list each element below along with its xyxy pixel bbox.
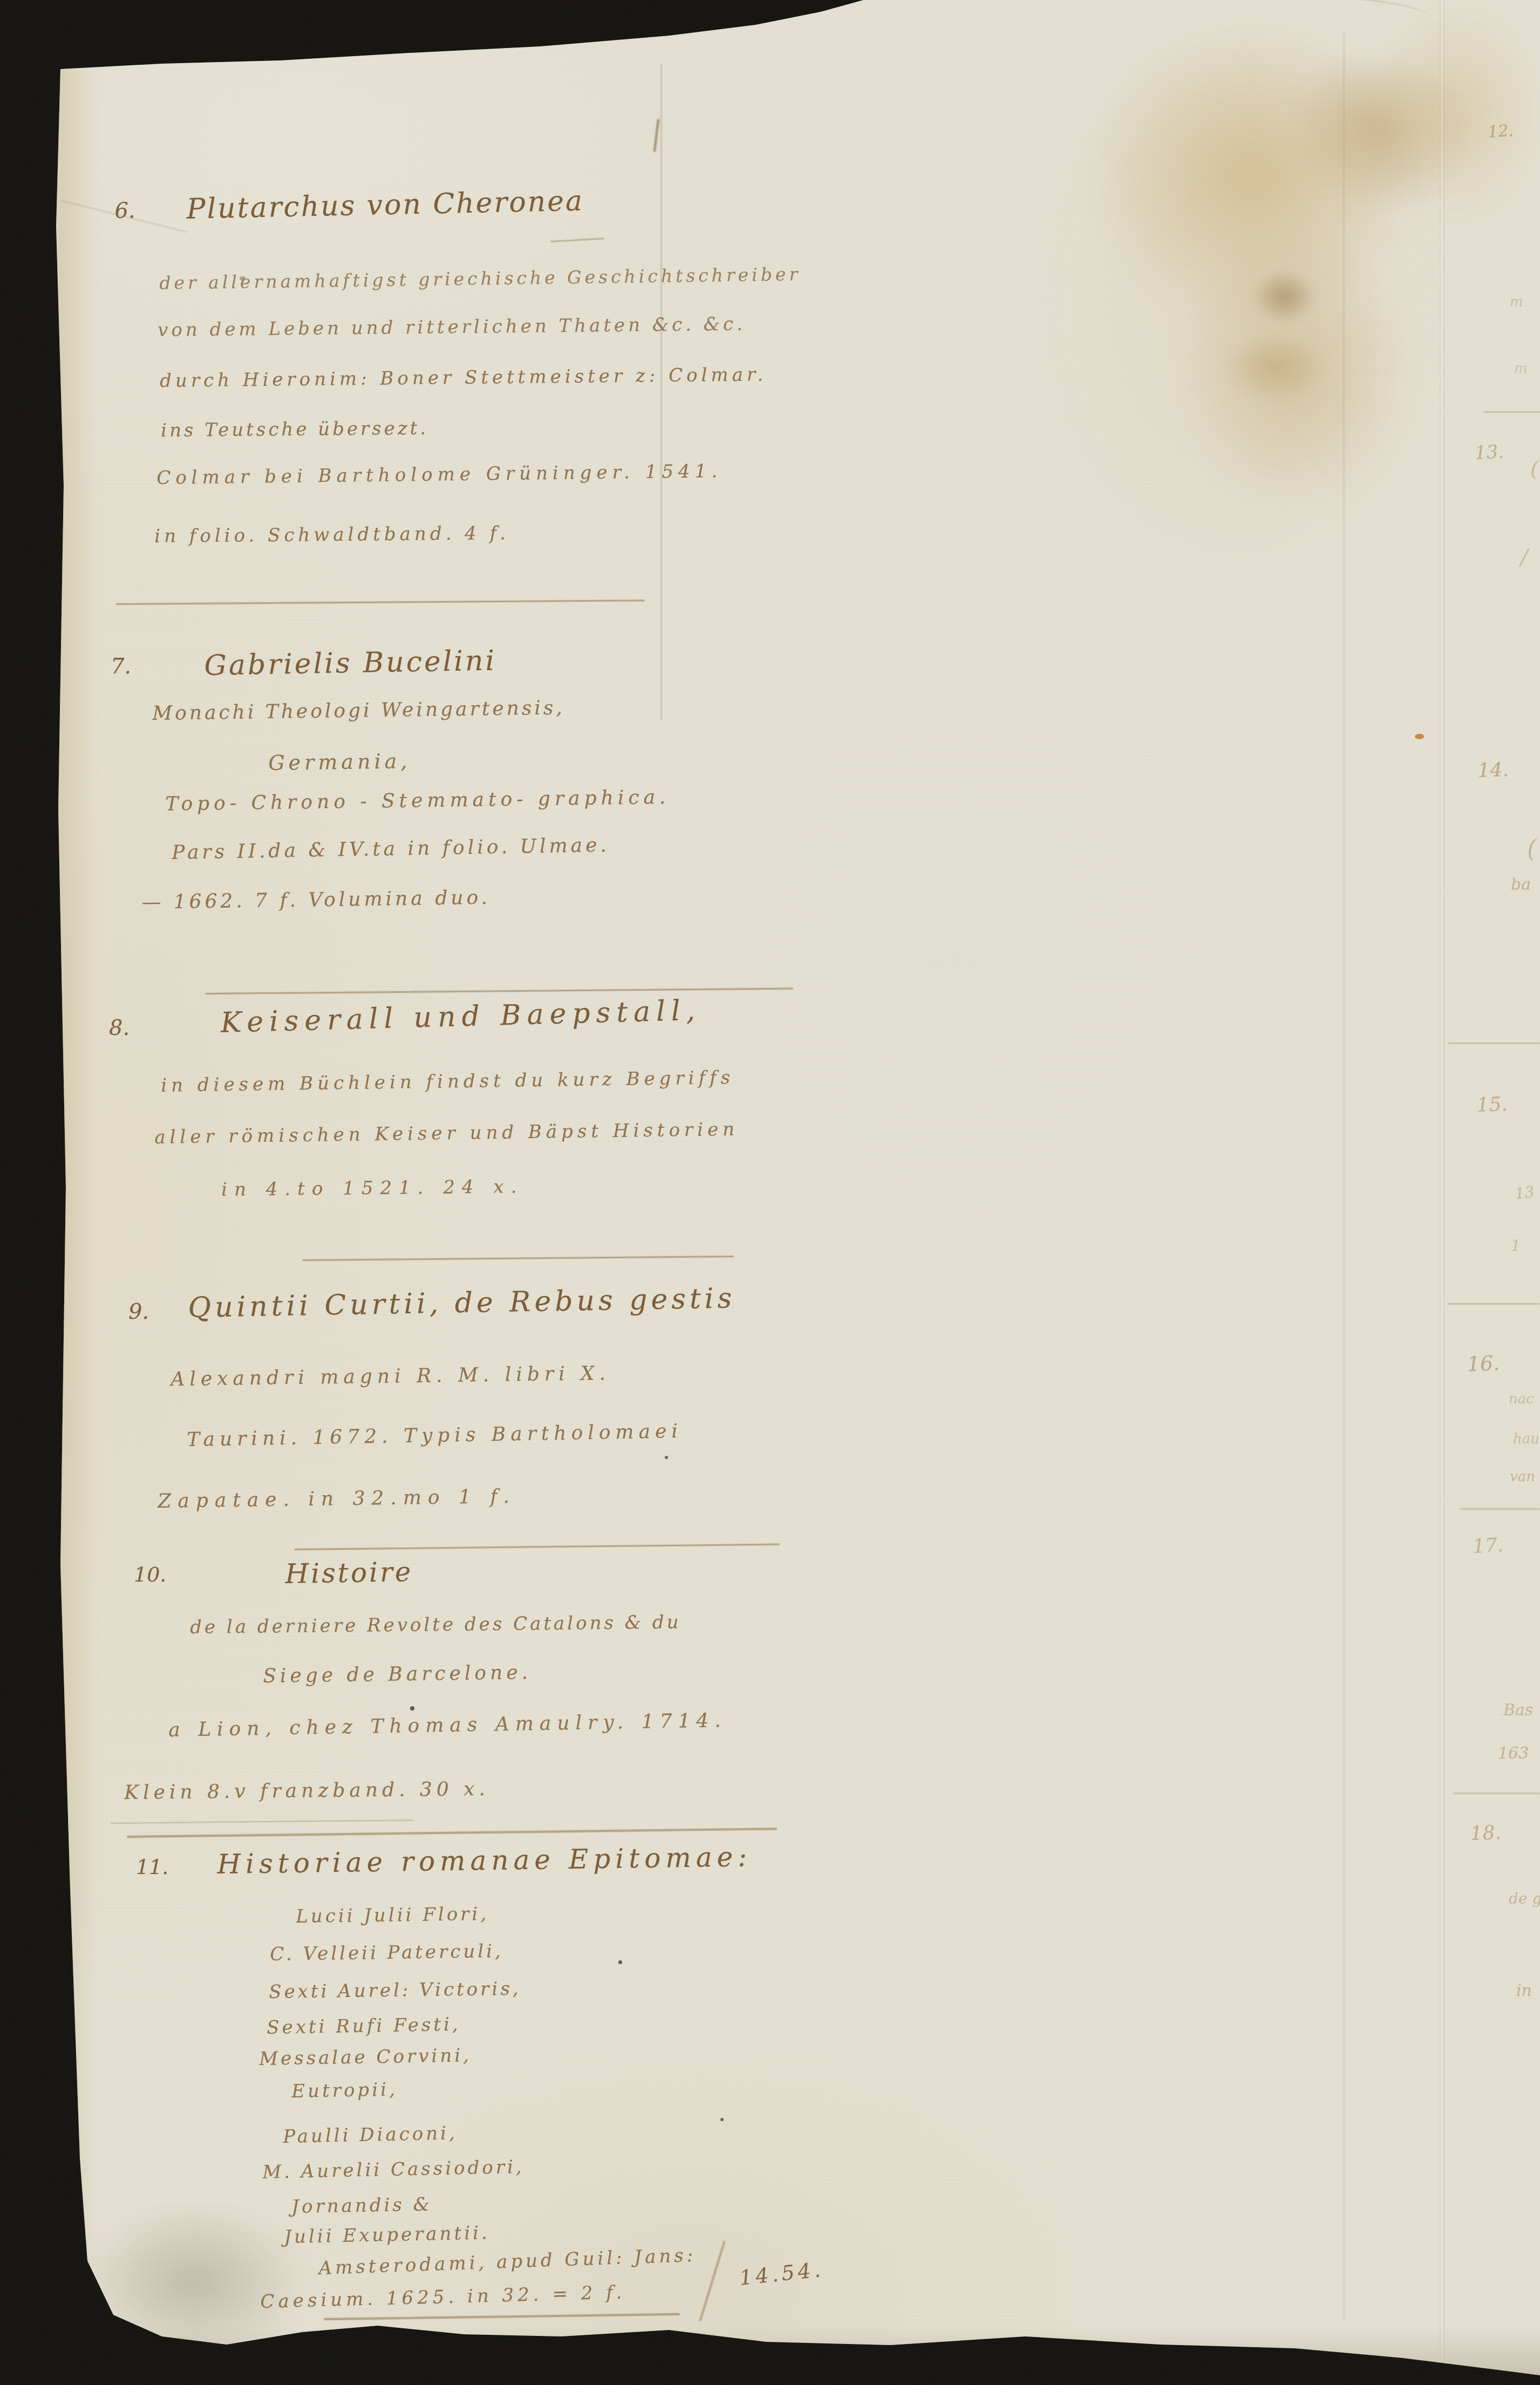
entry-separator-double [127, 1828, 777, 1838]
right-page-separator [1484, 411, 1540, 413]
right-page-fragment: m [1510, 294, 1523, 310]
entry-11-author: Messalae Corvini, [259, 2045, 472, 2070]
sum-total: 14.54. [738, 2258, 825, 2290]
right-page-entry-number: 17. [1472, 1534, 1504, 1558]
entry-10-line: Klein 8.v franzband. 30 x. [124, 1778, 489, 1804]
entry-separator [294, 1544, 780, 1550]
stain-spot [1252, 270, 1317, 324]
entry-11-author: Sexti Aurel: Victoris, [269, 1978, 521, 2003]
entry-7-line: Pars II.da & IV.ta in folio. Ulmae. [172, 834, 610, 864]
ink-speck [720, 2118, 724, 2121]
entry-8-number: 8. [109, 1016, 130, 1040]
right-page-fragment: hau [1513, 1431, 1539, 1447]
manuscript-page: 6. Plutarchus von Cheronea der allernamh… [0, 0, 1540, 2385]
entry-10-title: Histoire [285, 1556, 413, 1590]
right-page-fragment: 1 [1511, 1237, 1521, 1255]
right-page-entry-number: 16. [1467, 1351, 1500, 1376]
scan-background: 6. Plutarchus von Cheronea der allernamh… [0, 0, 1540, 2385]
right-page-fragment: ( [1527, 835, 1536, 863]
right-page-entry-number: 14. [1477, 759, 1509, 782]
right-page-fragment: ba [1511, 875, 1531, 894]
entry-7-line: — 1662. 7 f. Volumina duo. [141, 887, 490, 914]
right-page-fragment: 13 [1514, 1183, 1535, 1203]
entry-11-author: M. Aurelii Cassiodori, [262, 2156, 524, 2183]
stain-spot [1225, 335, 1322, 399]
corner-crumple-shading [81, 2202, 308, 2363]
entry-6-title: Plutarchus von Cheronea [186, 185, 584, 226]
entry-6-line: in folio. Schwaldtband. 4 f. [154, 522, 509, 547]
right-page-entry-number: 18. [1470, 1822, 1502, 1845]
entry-6-line: ins Teutsche übersezt. [161, 418, 428, 441]
entry-6-line: Colmar bei Bartholome Grüninger. 1541. [156, 460, 722, 489]
entry-7-title: Gabrielis Bucelini [204, 645, 497, 682]
entry-7-line: Germania, [268, 749, 411, 775]
entry-11-author: Paulli Diaconi, [283, 2122, 458, 2148]
page-fold-edge [1440, 0, 1444, 2358]
right-page-entry-number: 13. [1474, 441, 1504, 464]
entry-separator [205, 987, 793, 994]
entry-separator [116, 599, 645, 605]
ink-speck [665, 1456, 668, 1459]
deckle-edge-band [54, 65, 97, 2320]
entry-11-author: Julii Exuperantii. [284, 2222, 490, 2248]
right-page-fragment: in [1516, 1981, 1532, 2000]
entry-11-imprint: Caesium. 1625. in 32. = 2 f. [260, 2281, 626, 2313]
entry-11-author: Jornandis & [291, 2193, 432, 2218]
entry-8-title: Keiserall und Baepstall, [220, 994, 701, 1039]
ink-speck [410, 1706, 414, 1711]
entry-7-line: Monachi Theologi Weingartensis, [152, 697, 565, 725]
right-page-separator [1460, 1508, 1540, 1510]
entry-11-imprint: Amsterodami, apud Guil: Jans: [318, 2245, 697, 2279]
right-page-fragment: 163 [1498, 1744, 1529, 1763]
right-page-entry-number: 15. [1476, 1093, 1508, 1116]
water-stain [1371, 0, 1540, 227]
entry-8-line: in diesem Büchlein findst du kurz Begrif… [161, 1067, 734, 1096]
entry-9-number: 9. [128, 1299, 149, 1324]
orange-fleck [1415, 734, 1424, 739]
right-page-separator [1447, 1303, 1540, 1305]
entry-9-line: Alexandri magni R. M. libri X. [171, 1362, 610, 1391]
entry-9-line: Taurini. 1672. Typis Bartholomaei [187, 1420, 683, 1451]
vertical-crease [1343, 32, 1345, 2320]
right-page-fragment: ( [1530, 456, 1539, 481]
sum-slash [699, 2241, 725, 2321]
entry-10-line: Siege de Barcelone. [263, 1661, 531, 1687]
entry-9-line: Zapatae. in 32.mo 1 f. [158, 1485, 516, 1512]
right-page-separator [1453, 1793, 1540, 1794]
right-page-fragment: nac [1509, 1391, 1534, 1407]
entry-separator-double-top [111, 1820, 413, 1824]
right-page-fragment: de g [1509, 1890, 1540, 1907]
entry-8-line: aller römischen Keiser und Bäpst Histori… [154, 1119, 739, 1148]
entry-6-line: der allernamhaftigst griechische Geschic… [159, 263, 801, 294]
entry-6-line: durch Hieronim: Boner Stettmeister z: Co… [160, 364, 767, 392]
right-page-fragment: m [1514, 360, 1528, 377]
entry-9-title: Quintii Curtii, de Rebus gestis [188, 1282, 736, 1324]
bottom-rule [324, 2313, 680, 2320]
entry-11-author: Lucii Julii Flori, [296, 1903, 489, 1927]
entry-7-line: Topo- Chrono - Stemmato- graphica. [165, 786, 670, 815]
entry-6-number: 6. [114, 198, 135, 223]
entry-10-line: a Lion, chez Thomas Amaulry. 1714. [168, 1709, 727, 1741]
ink-speck [618, 1960, 622, 1964]
ink-mark [653, 119, 660, 152]
center-fold-crease [660, 64, 662, 719]
entry-8-line: in 4.to 1521. 24 x. [221, 1176, 524, 1201]
entry-7-number: 7. [111, 654, 131, 679]
entry-10-line: de la derniere Revolte des Catalons & du [190, 1611, 682, 1638]
right-page-fragment: Bas [1503, 1701, 1533, 1720]
title-flourish [550, 238, 604, 242]
right-page-fragment: van [1510, 1469, 1535, 1485]
entry-10-number: 10. [134, 1563, 166, 1586]
entry-11-author: Sexti Rufi Festi, [267, 2014, 461, 2039]
entry-6-line: von dem Leben und ritterlichen Thaten &c… [158, 314, 746, 341]
right-page-entry-number: 12. [1487, 121, 1514, 142]
entry-separator [302, 1256, 734, 1261]
right-page-fragment: / [1521, 545, 1528, 570]
entry-11-number: 11. [136, 1855, 168, 1879]
entry-11-title: Historiae romanae Epitomae: [217, 1841, 752, 1880]
right-page-separator [1448, 1042, 1540, 1044]
entry-11-author: Eutropii, [291, 2079, 398, 2102]
entry-11-author: C. Velleii Paterculi, [270, 1940, 503, 1965]
